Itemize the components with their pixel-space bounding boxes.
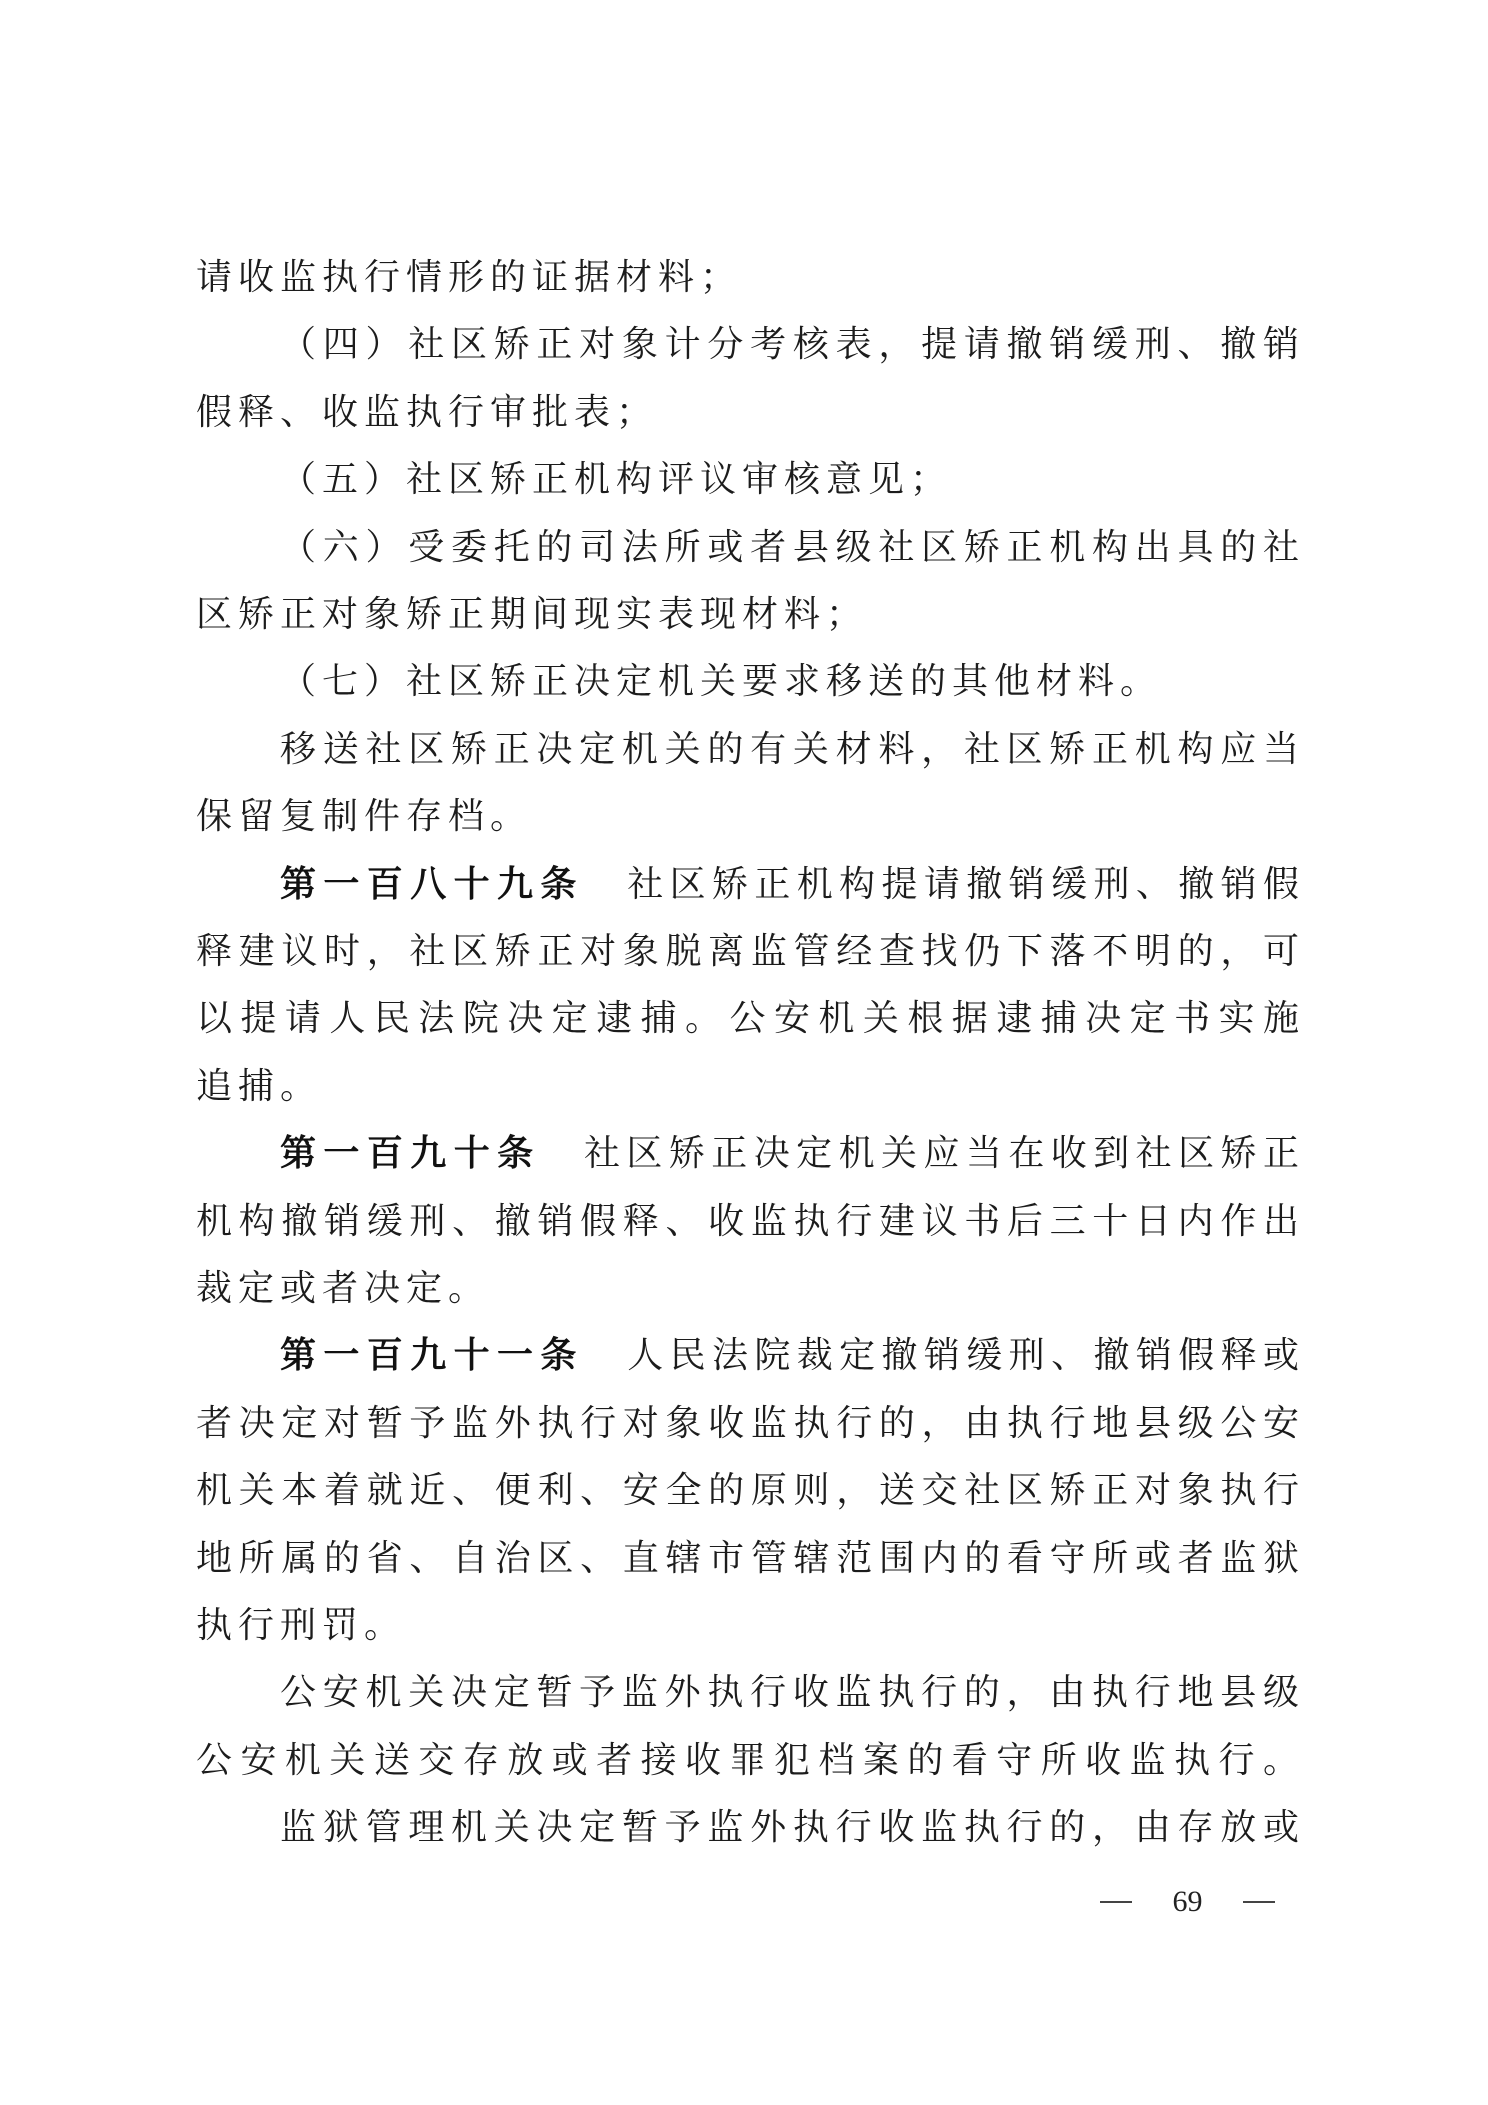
line-text: （七）社区矫正决定机关要求移送的其他材料。 xyxy=(280,661,1162,702)
line-text: 社 区 矫 正 机 构 提 请 撤 销 缓 刑 、 撤 销 假 xyxy=(626,864,1299,905)
footer-dash-right xyxy=(1243,1901,1275,1903)
text-line: 释 建 议 时 ， 社 区 矫 正 对 象 脱 离 监 管 经 查 找 仍 下 … xyxy=(196,927,1299,977)
line-text: 保留复制件存档。 xyxy=(196,796,532,837)
footer-dash-left xyxy=(1100,1901,1132,1903)
text-line: 请收监执行情形的证据材料； xyxy=(196,253,742,303)
text-line: 机 关 本 着 就 近 、 便 利 、 安 全 的 原 则 ， 送 交 社 区 … xyxy=(196,1466,1299,1516)
text-line: 者 决 定 对 暂 予 监 外 执 行 对 象 收 监 执 行 的 ， 由 执 … xyxy=(196,1399,1299,1449)
text-line: （五）社区矫正机构评议审核意见； xyxy=(280,455,952,505)
article-heading: 第一百九十一条 xyxy=(280,1335,584,1376)
line-text: 执行刑罚。 xyxy=(196,1605,406,1646)
line-text: 者 决 定 对 暂 予 监 外 执 行 对 象 收 监 执 行 的 ， 由 执 … xyxy=(196,1403,1299,1444)
text-line: 裁定或者决定。 xyxy=(196,1264,490,1314)
line-text: 释 建 议 时 ， 社 区 矫 正 对 象 脱 离 监 管 经 查 找 仍 下 … xyxy=(196,931,1299,972)
line-text: 地 所 属 的 省 、 自 治 区 、 直 辖 市 管 辖 范 围 内 的 看 … xyxy=(196,1538,1299,1579)
line-text: 机 构 撤 销 缓 刑 、 撤 销 假 释 、 收 监 执 行 建 议 书 后 … xyxy=(196,1201,1299,1242)
text-line: 地 所 属 的 省 、 自 治 区 、 直 辖 市 管 辖 范 围 内 的 看 … xyxy=(196,1534,1299,1584)
line-text: 假释、收监执行审批表； xyxy=(196,392,658,433)
text-line: 移 送 社 区 矫 正 决 定 机 关 的 有 关 材 料 ， 社 区 矫 正 … xyxy=(280,725,1299,775)
line-text: 机 关 本 着 就 近 、 便 利 、 安 全 的 原 则 ， 送 交 社 区 … xyxy=(196,1470,1299,1511)
line-text: （ 四 ） 社 区 矫 正 对 象 计 分 考 核 表 ， 提 请 撤 销 缓 … xyxy=(280,324,1299,365)
article-heading: 第一百八十九条 xyxy=(280,864,584,905)
line-text: 人 民 法 院 裁 定 撤 销 缓 刑 、 撤 销 假 释 或 xyxy=(626,1335,1299,1376)
line-text: 区矫正对象矫正期间现实表现材料； xyxy=(196,594,868,635)
text-line: 以 提 请 人 民 法 院 决 定 逮 捕 。 公 安 机 关 根 据 逮 捕 … xyxy=(196,994,1299,1044)
text-line: 区矫正对象矫正期间现实表现材料； xyxy=(196,590,868,640)
line-text: 追捕。 xyxy=(196,1066,322,1107)
text-line: 公 安 机 关 决 定 暂 予 监 外 执 行 收 监 执 行 的 ， 由 执 … xyxy=(280,1668,1299,1718)
article-paragraph-line: 第一百九十一条人 民 法 院 裁 定 撤 销 缓 刑 、 撤 销 假 释 或 xyxy=(280,1331,1299,1381)
text-line: （ 六 ） 受 委 托 的 司 法 所 或 者 县 级 社 区 矫 正 机 构 … xyxy=(280,523,1299,573)
line-text: 以 提 请 人 民 法 院 决 定 逮 捕 。 公 安 机 关 根 据 逮 捕 … xyxy=(196,998,1299,1039)
page-number: 69 xyxy=(1173,1885,1203,1919)
text-line: （七）社区矫正决定机关要求移送的其他材料。 xyxy=(280,657,1162,707)
line-text: 移 送 社 区 矫 正 决 定 机 关 的 有 关 材 料 ， 社 区 矫 正 … xyxy=(280,729,1299,770)
article-paragraph-line: 第一百九十条社 区 矫 正 决 定 机 关 应 当 在 收 到 社 区 矫 正 xyxy=(280,1129,1299,1179)
line-text: 监 狱 管 理 机 关 决 定 暂 予 监 外 执 行 收 监 执 行 的 ， … xyxy=(280,1807,1299,1848)
line-text: （ 六 ） 受 委 托 的 司 法 所 或 者 县 级 社 区 矫 正 机 构 … xyxy=(280,527,1299,568)
page-footer: 69 xyxy=(1100,1880,1275,1924)
line-text: 请收监执行情形的证据材料； xyxy=(196,257,742,298)
line-text: 公 安 机 关 决 定 暂 予 监 外 执 行 收 监 执 行 的 ， 由 执 … xyxy=(280,1672,1299,1713)
article-paragraph-line: 第一百八十九条社 区 矫 正 机 构 提 请 撤 销 缓 刑 、 撤 销 假 xyxy=(280,860,1299,910)
text-line: 追捕。 xyxy=(196,1062,322,1112)
text-line: 保留复制件存档。 xyxy=(196,792,532,842)
text-line: 执行刑罚。 xyxy=(196,1601,406,1651)
document-page: 请收监执行情形的证据材料；（ 四 ） 社 区 矫 正 对 象 计 分 考 核 表… xyxy=(0,0,1488,2105)
text-line: 机 构 撤 销 缓 刑 、 撤 销 假 释 、 收 监 执 行 建 议 书 后 … xyxy=(196,1197,1299,1247)
text-line: （ 四 ） 社 区 矫 正 对 象 计 分 考 核 表 ， 提 请 撤 销 缓 … xyxy=(280,320,1299,370)
text-line: 公 安 机 关 送 交 存 放 或 者 接 收 罪 犯 档 案 的 看 守 所 … xyxy=(196,1736,1299,1786)
article-heading: 第一百九十条 xyxy=(280,1133,541,1174)
text-line: 假释、收监执行审批表； xyxy=(196,388,658,438)
line-text: 公 安 机 关 送 交 存 放 或 者 接 收 罪 犯 档 案 的 看 守 所 … xyxy=(196,1740,1299,1781)
line-text: 裁定或者决定。 xyxy=(196,1268,490,1309)
line-text: 社 区 矫 正 决 定 机 关 应 当 在 收 到 社 区 矫 正 xyxy=(583,1133,1299,1174)
line-text: （五）社区矫正机构评议审核意见； xyxy=(280,459,952,500)
text-line: 监 狱 管 理 机 关 决 定 暂 予 监 外 执 行 收 监 执 行 的 ， … xyxy=(280,1803,1299,1853)
